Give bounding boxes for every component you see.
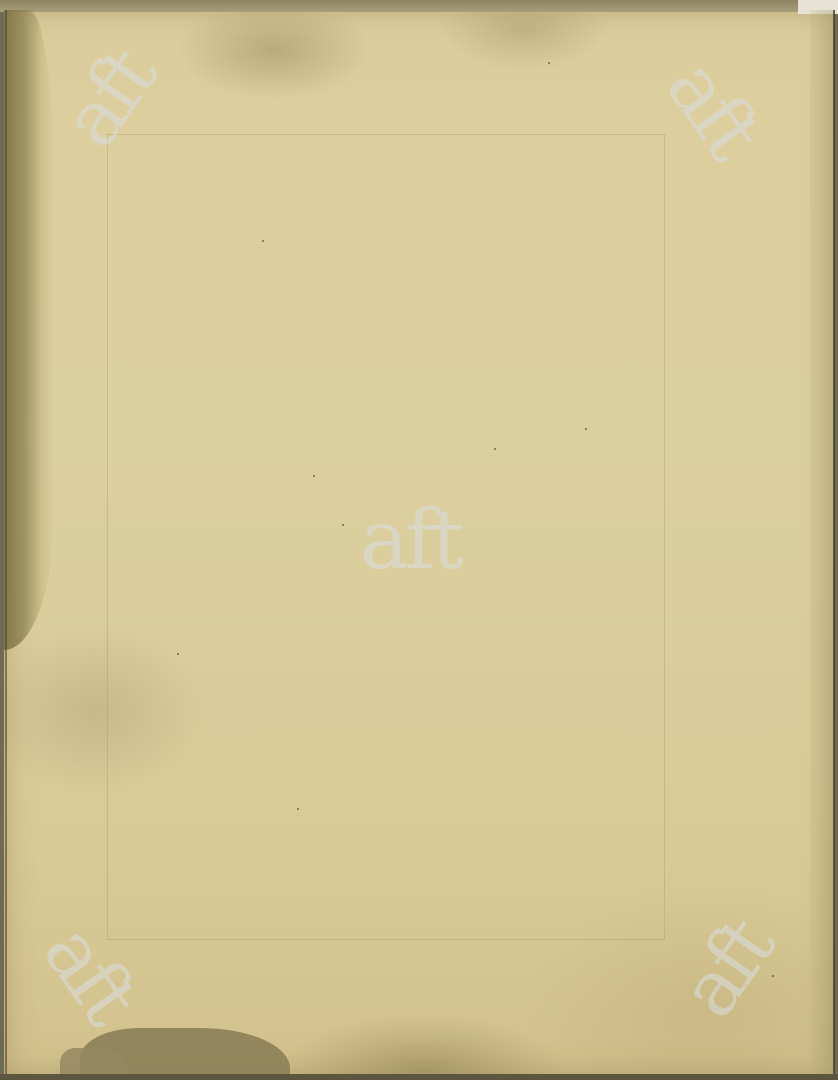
speck bbox=[297, 808, 299, 810]
speck bbox=[177, 653, 179, 655]
right-edge-line bbox=[833, 10, 835, 1076]
speck bbox=[342, 524, 344, 526]
left-spine-line bbox=[5, 10, 7, 1076]
top-binding-edge bbox=[0, 0, 838, 12]
left-water-stain bbox=[4, 10, 54, 650]
speck bbox=[548, 62, 550, 64]
right-margin-strip bbox=[810, 10, 833, 1076]
speck bbox=[262, 240, 264, 242]
speck bbox=[313, 475, 315, 477]
speck bbox=[494, 448, 496, 450]
speck bbox=[585, 428, 587, 430]
bottom-edge bbox=[0, 1074, 838, 1080]
watermark-center: aft bbox=[360, 500, 460, 582]
